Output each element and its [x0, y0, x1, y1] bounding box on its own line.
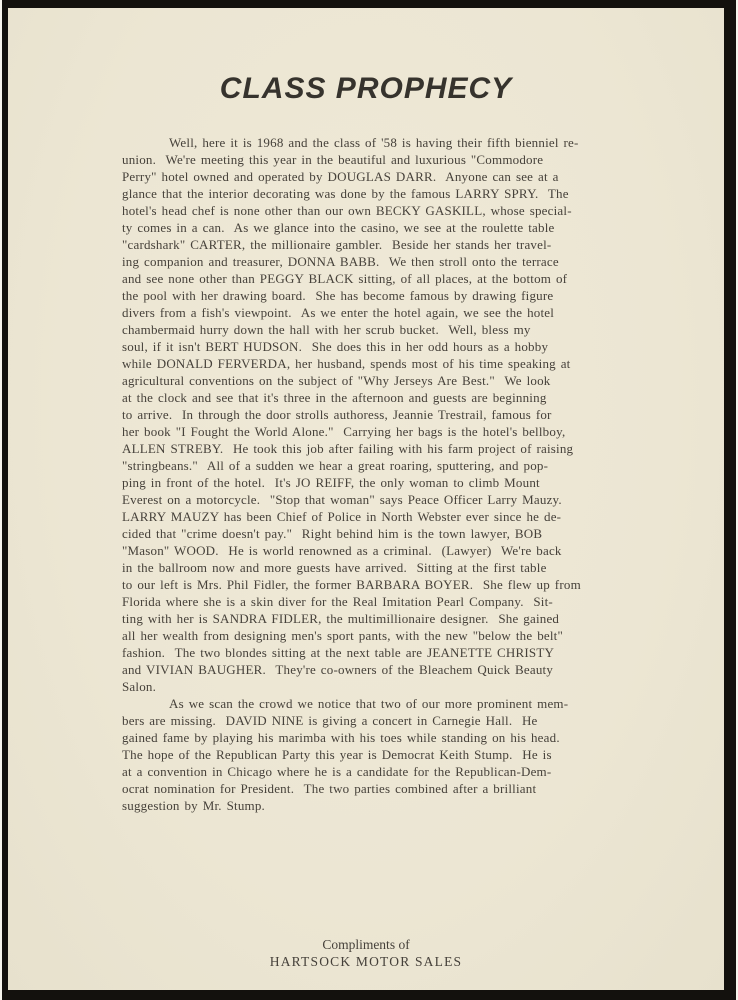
- text-line: Well, here it is 1968 and the class of '…: [122, 134, 632, 151]
- sponsor-footer: Compliments of HARTSOCK MOTOR SALES: [8, 936, 724, 970]
- text-line: ty comes in a can. As we glance into the…: [122, 219, 632, 236]
- text-line: suggestion by Mr. Stump.: [122, 797, 632, 814]
- text-line: the pool with her drawing board. She has…: [122, 287, 632, 304]
- text-line: divers from a fish's viewpoint. As we en…: [122, 304, 632, 321]
- text-line: to arrive. In through the door strolls a…: [122, 406, 632, 423]
- text-line: bers are missing. DAVID NINE is giving a…: [122, 712, 632, 729]
- text-line: glance that the interior decorating was …: [122, 185, 632, 202]
- text-line: The hope of the Republican Party this ye…: [122, 746, 632, 763]
- text-line: hotel's head chef is none other than our…: [122, 202, 632, 219]
- text-line: "cardshark" CARTER, the millionaire gamb…: [122, 236, 632, 253]
- sponsor-name: HARTSOCK MOTOR SALES: [8, 953, 724, 970]
- text-line: gained fame by playing his marimba with …: [122, 729, 632, 746]
- paragraph-2: As we scan the crowd we notice that two …: [122, 695, 632, 814]
- text-line: cided that "crime doesn't pay." Right be…: [122, 525, 632, 542]
- text-line: all her wealth from designing men's spor…: [122, 627, 632, 644]
- page-title: CLASS PROPHECY: [8, 72, 724, 106]
- text-line: ping in front of the hotel. It's JO REIF…: [122, 474, 632, 491]
- prophecy-text: Well, here it is 1968 and the class of '…: [122, 134, 632, 814]
- text-line: LARRY MAUZY has been Chief of Police in …: [122, 508, 632, 525]
- text-line: Salon.: [122, 678, 632, 695]
- text-line: to our left is Mrs. Phil Fidler, the for…: [122, 576, 632, 593]
- text-line: at a convention in Chicago where he is a…: [122, 763, 632, 780]
- text-line: and see none other than PEGGY BLACK sitt…: [122, 270, 632, 287]
- text-line: her book "I Fought the World Alone." Car…: [122, 423, 632, 440]
- text-line: As we scan the crowd we notice that two …: [122, 695, 632, 712]
- text-line: soul, if it isn't BERT HUDSON. She does …: [122, 338, 632, 355]
- text-line: while DONALD FERVERDA, her husband, spen…: [122, 355, 632, 372]
- text-line: Perry" hotel owned and operated by DOUGL…: [122, 168, 632, 185]
- text-line: agricultural conventions on the subject …: [122, 372, 632, 389]
- text-line: ALLEN STREBY. He took this job after fai…: [122, 440, 632, 457]
- text-line: fashion. The two blondes sitting at the …: [122, 644, 632, 661]
- text-line: and VIVIAN BAUGHER. They're co-owners of…: [122, 661, 632, 678]
- text-line: Everest on a motorcycle. "Stop that woma…: [122, 491, 632, 508]
- text-line: in the ballroom now and more guests have…: [122, 559, 632, 576]
- paragraph-1: Well, here it is 1968 and the class of '…: [122, 134, 632, 695]
- scanned-page: CLASS PROPHECY Well, here it is 1968 and…: [0, 0, 738, 1000]
- text-line: Florida where she is a skin diver for th…: [122, 593, 632, 610]
- compliments-text: Compliments of: [8, 936, 724, 953]
- text-line: ing companion and treasurer, DONNA BABB.…: [122, 253, 632, 270]
- paper-page: CLASS PROPHECY Well, here it is 1968 and…: [8, 8, 724, 990]
- text-line: ting with her is SANDRA FIDLER, the mult…: [122, 610, 632, 627]
- text-line: "Mason" WOOD. He is world renowned as a …: [122, 542, 632, 559]
- text-line: "stringbeans." All of a sudden we hear a…: [122, 457, 632, 474]
- text-line: union. We're meeting this year in the be…: [122, 151, 632, 168]
- text-line: at the clock and see that it's three in …: [122, 389, 632, 406]
- text-line: ocrat nomination for President. The two …: [122, 780, 632, 797]
- text-line: chambermaid hurry down the hall with her…: [122, 321, 632, 338]
